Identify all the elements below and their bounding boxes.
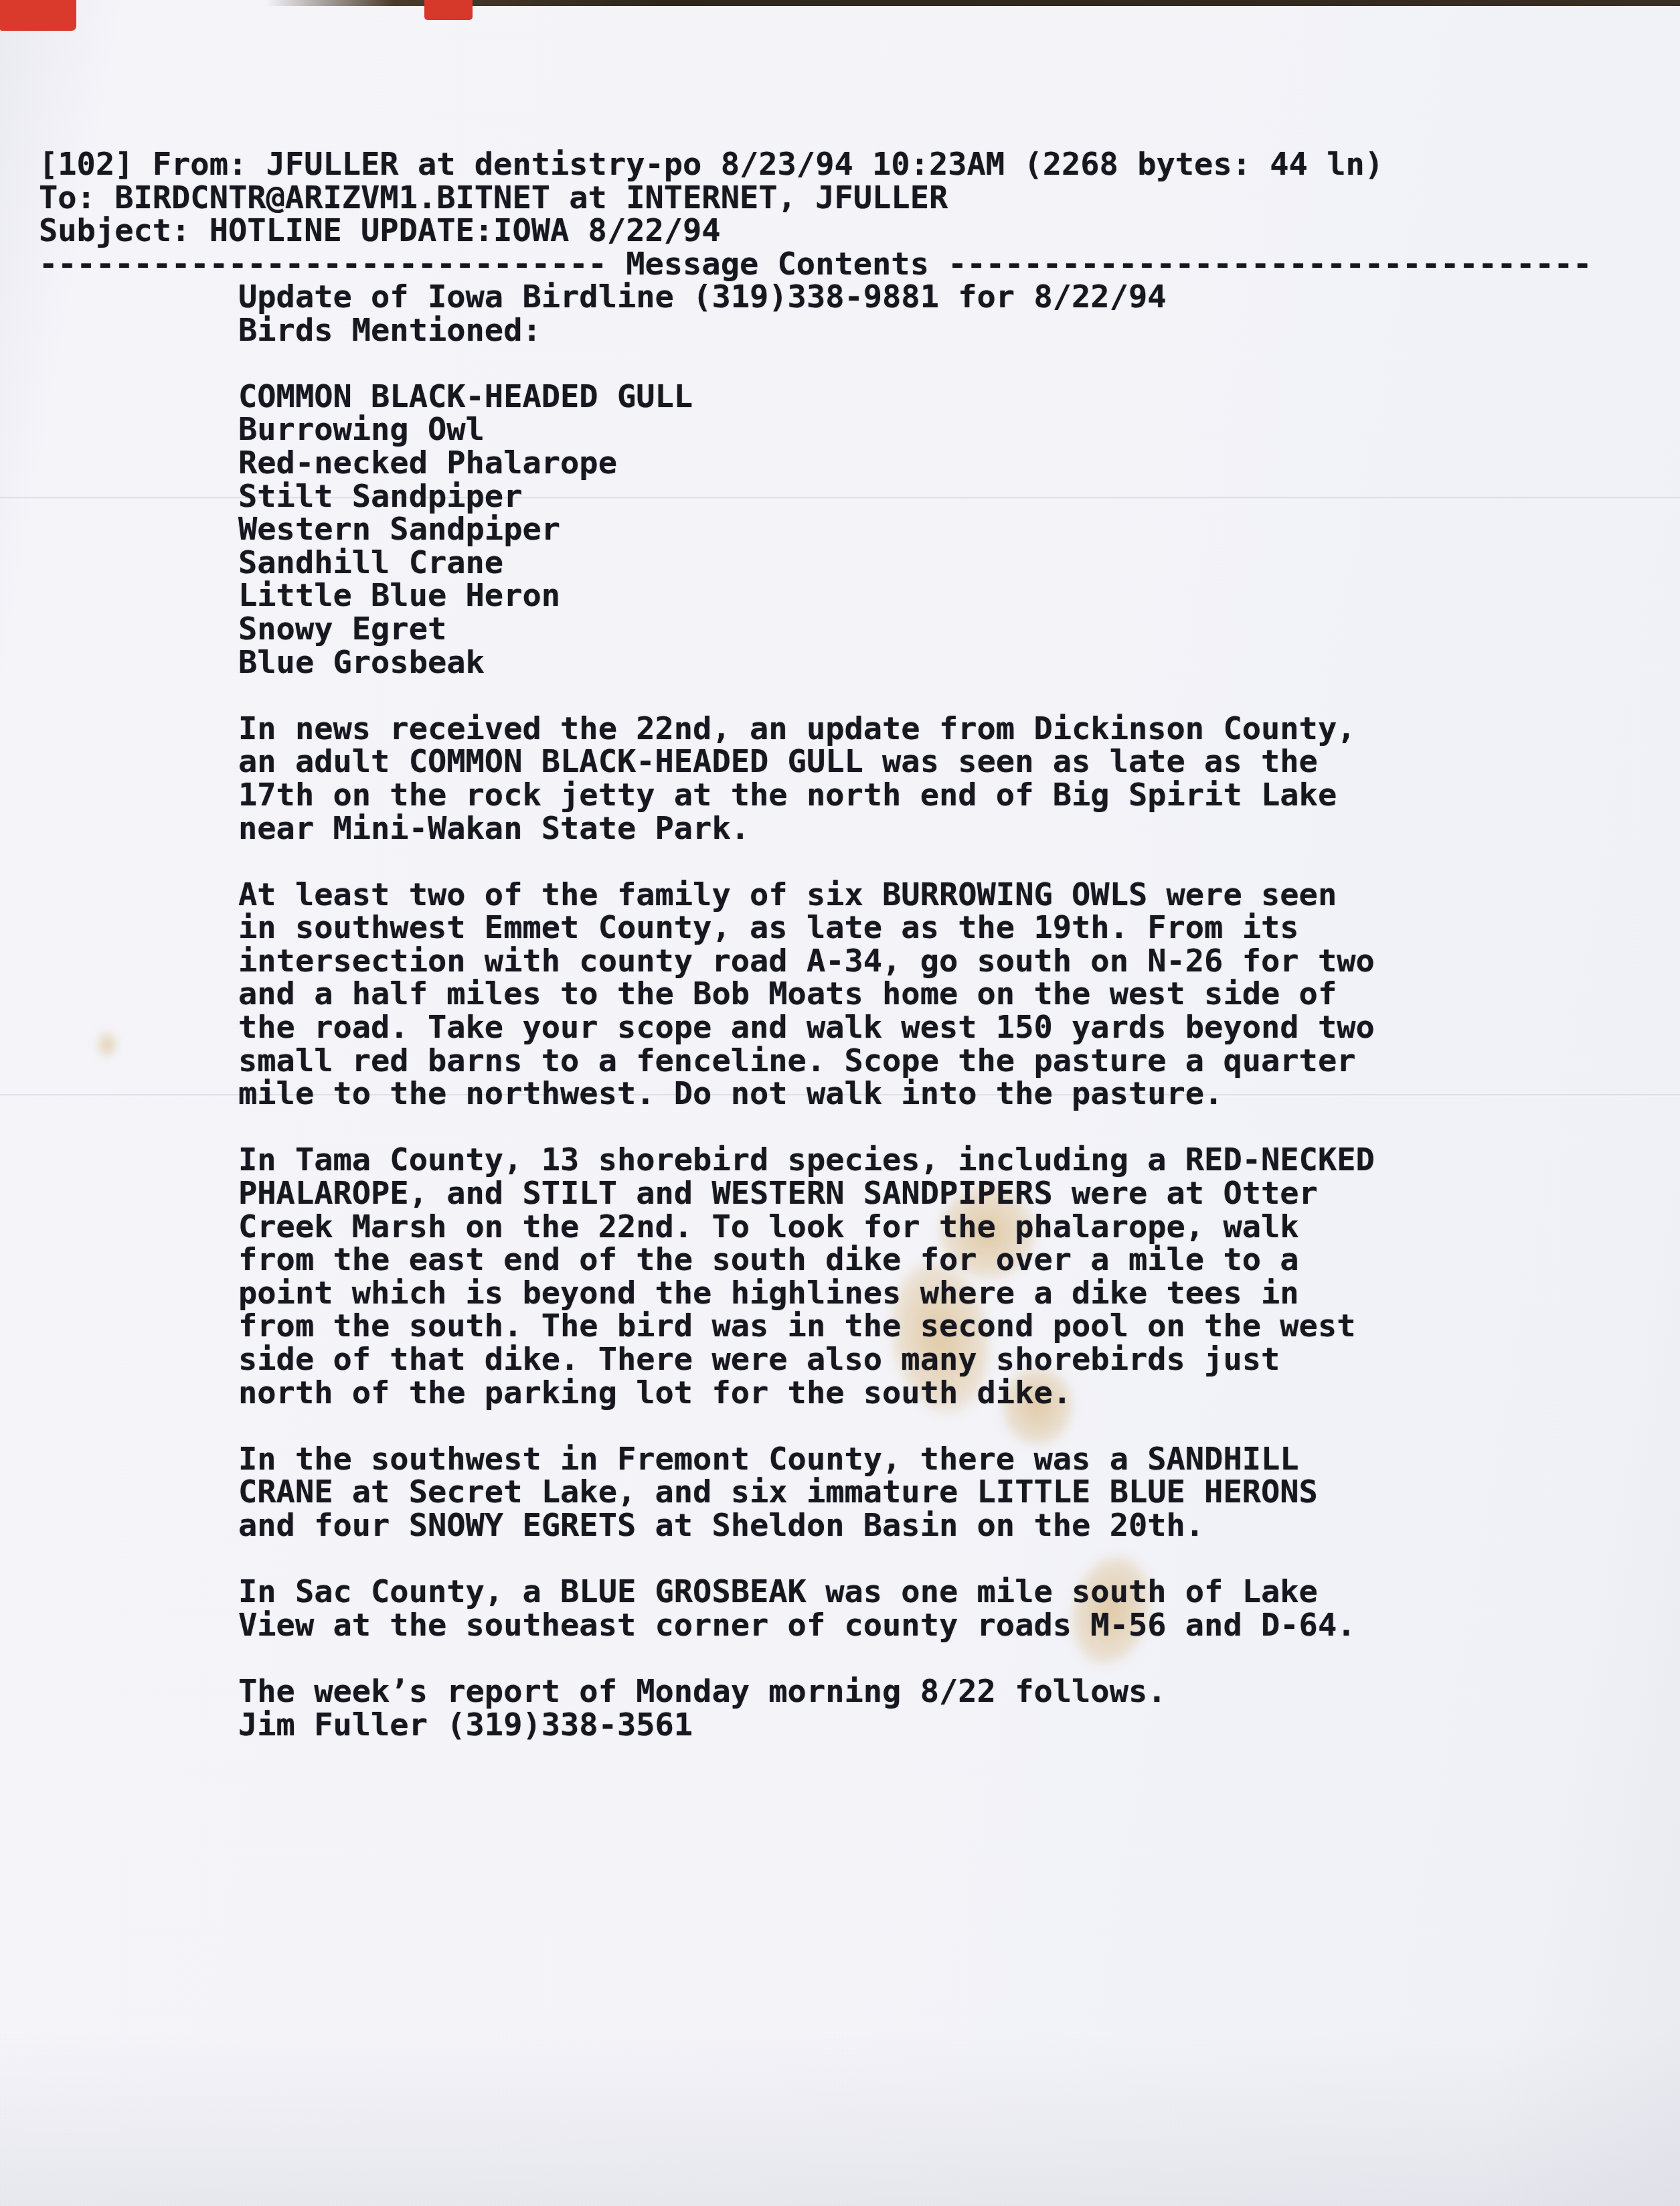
paragraph-birdline-intro: Update of Iowa Birdline (319)338-9881 fo…	[238, 281, 1375, 347]
red-scanbed-mark-center	[424, 0, 473, 20]
paragraph-signature: The week’s report of Monday morning 8/22…	[238, 1675, 1375, 1741]
scanned-email-page: [102] From: JFULLER at dentistry-po 8/23…	[0, 0, 1680, 2206]
paragraph-dickinson-county: In news received the 22nd, an update fro…	[238, 712, 1375, 845]
paper-stain	[98, 1032, 116, 1056]
paragraph-fremont-county: In the southwest in Fremont County, ther…	[238, 1443, 1375, 1543]
red-scanbed-mark-left	[0, 0, 76, 31]
paragraph-sac-county: In Sac County, a BLUE GROSBEAK was one m…	[238, 1575, 1375, 1642]
paragraph-birds-mentioned-list: COMMON BLACK-HEADED GULL Burrowing Owl R…	[238, 380, 1375, 679]
paragraph-tama-county-shorebirds: In Tama County, 13 shorebird species, in…	[238, 1144, 1375, 1409]
scanner-dark-edge	[266, 0, 1680, 6]
paragraph-emmet-county-owls: At least two of the family of six BURROW…	[238, 878, 1375, 1111]
email-message-body: Update of Iowa Birdline (319)338-9881 fo…	[238, 281, 1375, 1741]
email-header: [102] From: JFULLER at dentistry-po 8/23…	[39, 148, 1592, 281]
